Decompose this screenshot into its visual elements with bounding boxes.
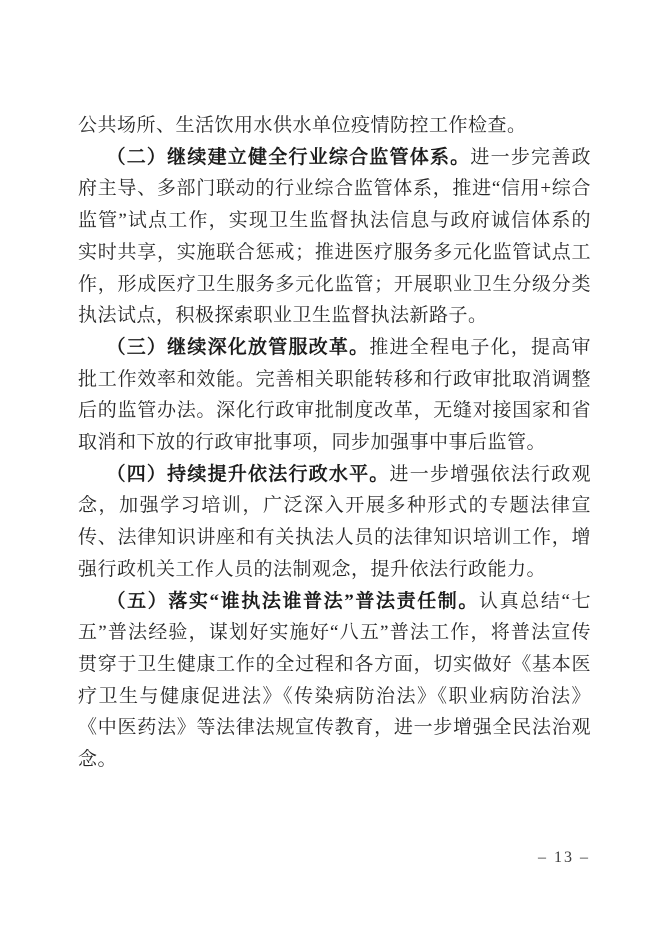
- paragraph-lead: （三）继续深化放管服改革。: [107, 337, 370, 358]
- body-paragraph-4: （四）持续提升依法行政水平。进一步增强依法行政观念，加强学习培训，广泛深入开展多…: [78, 459, 591, 586]
- body-paragraph-continuation: 公共场所、生活饮用水供水单位疫情防控工作检查。: [78, 110, 591, 142]
- body-paragraph-3: （三）继续深化放管服改革。推进全程电子化，提高审批工作效率和效能。完善相关职能转…: [78, 332, 591, 459]
- document-body: 公共场所、生活饮用水供水单位疫情防控工作检查。 （二）继续建立健全行业综合监管体…: [78, 110, 591, 776]
- paragraph-text: 进一步完善政府主导、多部门联动的行业综合监管体系，推进“信用+综合监管”试点工作…: [78, 147, 591, 327]
- paragraph-lead: （四）持续提升依法行政水平。: [107, 464, 390, 485]
- page-number: – 13 –: [538, 849, 590, 867]
- paragraph-lead: （二）继续建立健全行业综合监管体系。: [107, 147, 471, 168]
- paragraph-lead: （五）落实“谁执法谁普法”普法责任制。: [107, 591, 480, 612]
- paragraph-text: 公共场所、生活饮用水供水单位疫情防控工作检查。: [78, 115, 527, 136]
- body-paragraph-2: （二）继续建立健全行业综合监管体系。进一步完善政府主导、多部门联动的行业综合监管…: [78, 142, 591, 332]
- body-paragraph-5: （五）落实“谁执法谁普法”普法责任制。认真总结“七五”普法经验，谋划好实施好“八…: [78, 586, 591, 776]
- paragraph-text: 认真总结“七五”普法经验，谋划好实施好“八五”普法工作，将普法宣传贯穿于卫生健康…: [78, 591, 591, 771]
- document-page: 公共场所、生活饮用水供水单位疫情防控工作检查。 （二）继续建立健全行业综合监管体…: [0, 0, 670, 930]
